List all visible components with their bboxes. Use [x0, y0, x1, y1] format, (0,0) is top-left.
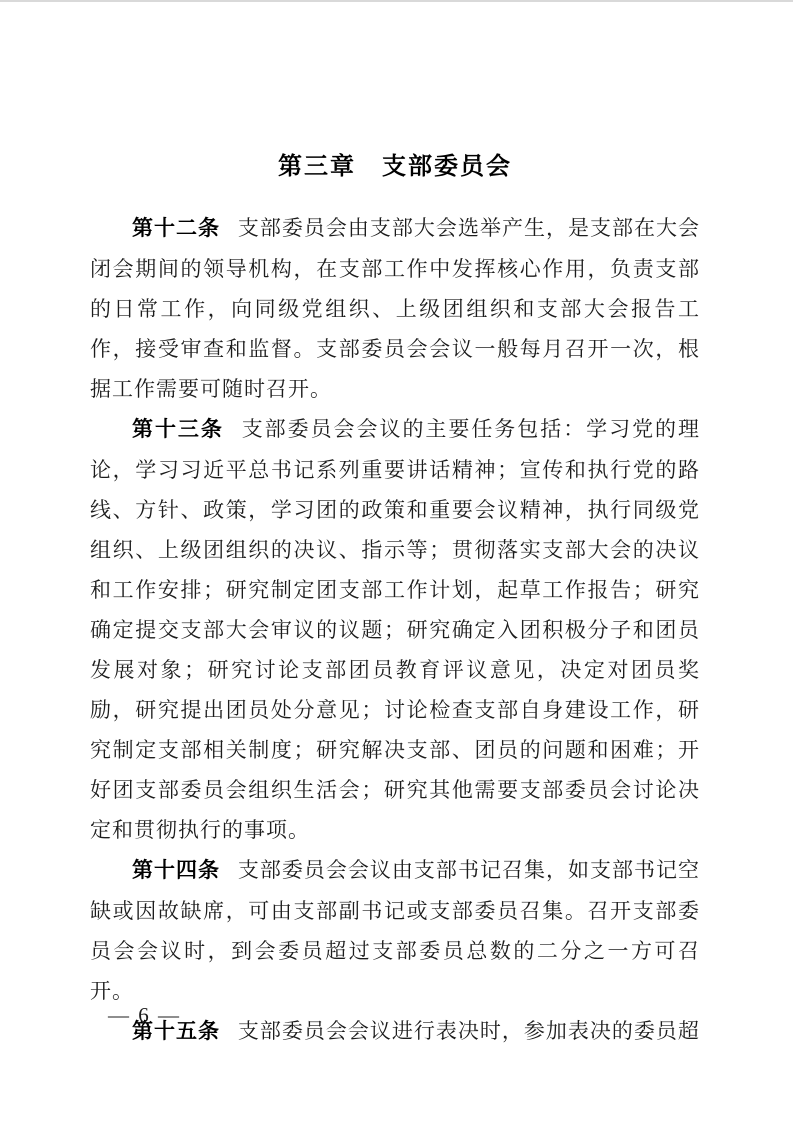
clause-paragraph-12: 第十二条支部委员会由支部大会选举产生，是支部在大会闭会期间的领导机构，在支部工作…: [90, 208, 700, 409]
clause-paragraph-13: 第十三条支部委员会会议的主要任务包括：学习党的理论，学习习近平总书记系列重要讲话…: [90, 409, 700, 850]
clause-label-12: 第十二条: [132, 217, 220, 240]
page-number: — 6 —: [108, 1000, 181, 1030]
clause-paragraph-15: 第十五条支部委员会会议进行表决时，参加表决的委员超: [90, 1011, 700, 1052]
chapter-title: 第三章 支部委员会: [90, 152, 700, 182]
clause-text-12: 支部委员会由支部大会选举产生，是支部在大会闭会期间的领导机构，在支部工作中发挥核…: [90, 216, 700, 401]
clause-paragraph-14: 第十四条支部委员会会议由支部书记召集，如支部书记空缺或因故缺席，可由支部副书记或…: [90, 850, 700, 1011]
page-content: 第三章 支部委员会 第十二条支部委员会由支部大会选举产生，是支部在大会闭会期间的…: [90, 152, 700, 1052]
clause-text-15: 支部委员会会议进行表决时，参加表决的委员超: [238, 1019, 700, 1043]
clause-label-13: 第十三条: [132, 418, 224, 441]
scan-edge-line: [0, 0, 793, 2]
document-page: 第三章 支部委员会 第十二条支部委员会由支部大会选举产生，是支部在大会闭会期间的…: [0, 0, 793, 1122]
clause-text-13: 支部委员会会议的主要任务包括：学习党的理论，学习习近平总书记系列重要讲话精神；宣…: [90, 417, 700, 842]
clause-label-14: 第十四条: [132, 859, 220, 882]
